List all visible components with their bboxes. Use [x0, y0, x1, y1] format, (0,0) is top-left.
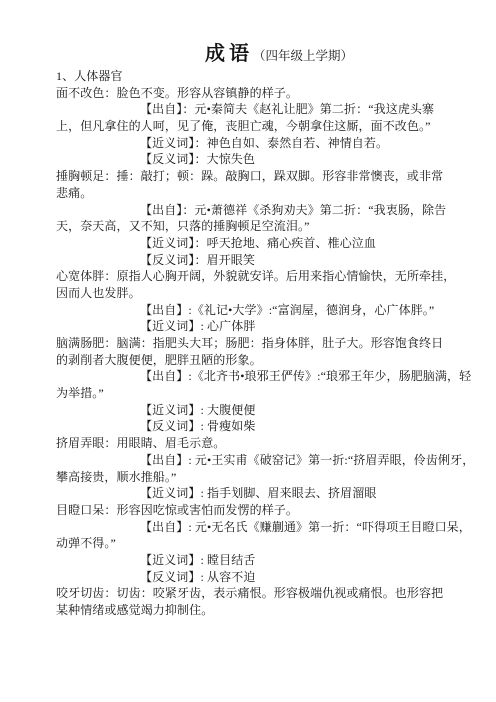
- text-line: 【反义词】: 从容不迫: [56, 569, 448, 586]
- text-line: 天，奈天高，又不知，只落的捶胸顿足空流泪。”: [56, 218, 448, 235]
- title-subtitle-text: （四年级上学期）: [253, 49, 353, 63]
- text-line: 【近义词】: 瞠目结舌: [56, 552, 448, 569]
- text-line: 目瞪口呆：形容因吃惊或害怕而发愣的样子。: [56, 502, 448, 519]
- text-line: 【出自】: 元•无名氏《赚蒯通》第一折：“吓得项王目瞪口呆，: [56, 519, 448, 536]
- text-line: 【出自】：元•秦简夫《赵礼让肥》第二折：“我这虎头寨: [56, 101, 448, 118]
- text-line: 【出自】:《礼记•大学》:“富润屋，德润身，心广体胖。”: [56, 302, 448, 319]
- text-line: 【近义词】: 指手划脚、眉来眼去、挤眉溜眼: [56, 485, 448, 502]
- text-line: 上，但凡拿住的人呵，见了俺，丧胆亡魂，今朝拿住这厮，面不改色。”: [56, 118, 448, 135]
- text-line: 面不改色：脸色不变。形容从容镇静的样子。: [56, 85, 448, 102]
- document-body: 1、人体器官 面不改色：脸色不变。形容从容镇静的样子。 【出自】：元•秦简夫《赵…: [56, 68, 448, 619]
- text-line: 攀高接贵，顺水推船。”: [56, 469, 448, 486]
- text-line: 为举措。”: [56, 385, 448, 402]
- text-line: 【近义词】: 大腹便便: [56, 402, 448, 419]
- text-line: 的剥削者大腹便便，肥胖丑陋的形象。: [56, 352, 448, 369]
- text-line: 某种情绪或感觉竭力抑制住。: [56, 602, 448, 619]
- text-line: 心宽体胖：原指人心胸开阔，外貌就安详。后用来指心情愉快，无所牵挂，: [56, 268, 448, 285]
- document-title: 成语（四年级上学期）: [205, 43, 353, 67]
- text-line: 因而人也发胖。: [56, 285, 448, 302]
- text-line: 【近义词】: 心广体胖: [56, 318, 448, 335]
- text-line: 【近义词】：神色自如、泰然自若、神情自若。: [56, 135, 448, 152]
- text-line: 1、人体器官: [56, 68, 448, 85]
- document-page: 成语（四年级上学期） 1、人体器官 面不改色：脸色不变。形容从容镇静的样子。 【…: [0, 0, 496, 702]
- text-line: 【出自】：元•萧德祥《杀狗劝夫》第二折：“我衷肠，除告: [56, 202, 448, 219]
- text-line: 咬牙切齿：切齿：咬紧牙齿，表示痛恨。形容极端仇视或痛恨。也形容把: [56, 585, 448, 602]
- title-text: 成语: [205, 43, 253, 65]
- text-line: 【出自】: 元•王实甫《破窑记》第一折:“挤眉弄眼，伶齿俐牙，: [56, 452, 448, 469]
- text-line: 捶胸顿足：捶：敲打；顿：跺。敲胸口，跺双脚。形容非常懊丧，或非常: [56, 168, 448, 185]
- text-line: 挤眉弄眼：用眼睛、眉毛示意。: [56, 435, 448, 452]
- text-line: 悲痛。: [56, 185, 448, 202]
- text-line: 【反义词】：大惊失色: [56, 151, 448, 168]
- text-line: 脑满肠肥：脑满：指肥头大耳；肠肥：指身体胖，肚子大。形容饱食终日: [56, 335, 448, 352]
- text-line: 【出自】:《北齐书•琅邪王俨传》:“琅邪王年少，肠肥脑满，轻: [56, 368, 448, 385]
- text-line: 【反义词】：眉开眼笑: [56, 252, 448, 269]
- text-line: 动弹不得。”: [56, 535, 448, 552]
- text-line: 【近义词】：呼天抢地、痛心疾首、椎心泣血: [56, 235, 448, 252]
- text-line: 【反义词】: 骨瘦如柴: [56, 418, 448, 435]
